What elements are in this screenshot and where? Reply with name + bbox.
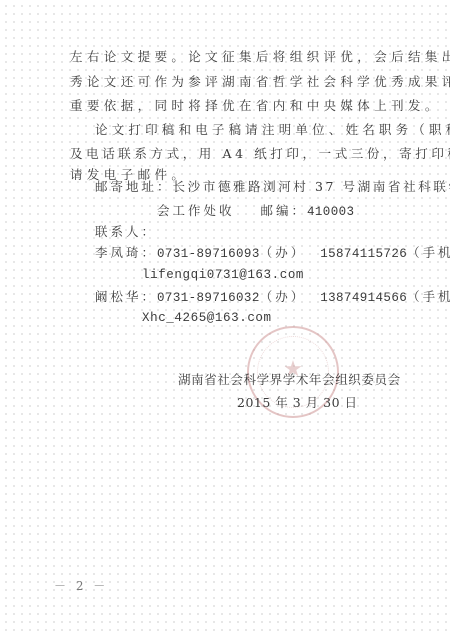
- page-number: － 2 －: [54, 577, 108, 594]
- contact-email-row-1: lifengqi0731@163.com: [142, 266, 304, 283]
- mailing-address-row: 邮寄地址：长沙市德雅路浏河村 37 号湖南省社科联学: [95, 179, 450, 195]
- postcode-label: 邮编：: [260, 203, 307, 219]
- office-label: （办）: [260, 245, 307, 261]
- mobile-phone: 15874115726: [320, 246, 407, 262]
- mobile-label: （手机）: [407, 289, 450, 305]
- postcode-value: 410003: [307, 204, 354, 220]
- signature-date: 2015 年 3 月 30 日: [237, 395, 358, 411]
- mailing-address-line1: 长沙市德雅路浏河村 37 号湖南省社科联学: [173, 179, 450, 195]
- paragraph1-line2: 秀论文还可作为参评湖南省哲学社会科学优秀成果评奖的: [70, 74, 450, 90]
- office-phone: 0731-89716032: [157, 290, 260, 306]
- mobile-phone: 13874914566: [320, 290, 407, 306]
- paragraph1-line3: 重要依据，同时将择优在省内和中央媒体上刊发。: [70, 98, 442, 114]
- document-page: 左右论文提要。论文征集后将组织评优，会后结集出版，优 秀论文还可作为参评湖南省哲…: [0, 0, 450, 636]
- mailing-address-line2: 会工作处收: [157, 203, 235, 219]
- contact-email-row-2: Xhc_4265@163.com: [142, 309, 272, 326]
- paragraph2-line2: 及电话联系方式，用 A4 纸打印，一式三份，寄打印稿同时: [70, 146, 450, 162]
- contact-email: Xhc_4265@163.com: [142, 310, 272, 326]
- mobile-label: （手机）: [407, 245, 450, 261]
- office-label: （办）: [260, 289, 307, 305]
- contacts-heading: 联系人：: [95, 224, 157, 240]
- contacts-heading-label: 联系人：: [95, 224, 157, 240]
- contact-row-1: 李凤琦：0731-89716093（办） 15874115726（手机）: [95, 245, 450, 262]
- mailing-address-row2: 会工作处收 邮编：410003: [157, 203, 354, 220]
- paragraph1-line1: 左右论文提要。论文征集后将组织评优，会后结集出版，优: [70, 49, 450, 65]
- contact-name: 阚松华：: [95, 289, 157, 305]
- paragraph2-line1: 论文打印稿和电子稿请注明单位、姓名职务（职称）以: [95, 122, 450, 138]
- mailing-address-label: 邮寄地址：: [95, 179, 173, 195]
- signature-organization: 湖南省社会科学界学术年会组织委员会: [178, 372, 401, 388]
- contact-name: 李凤琦：: [95, 245, 157, 261]
- office-phone: 0731-89716093: [157, 246, 260, 262]
- contact-row-2: 阚松华：0731-89716032（办） 13874914566（手机）: [95, 289, 450, 306]
- contact-email: lifengqi0731@163.com: [142, 267, 304, 283]
